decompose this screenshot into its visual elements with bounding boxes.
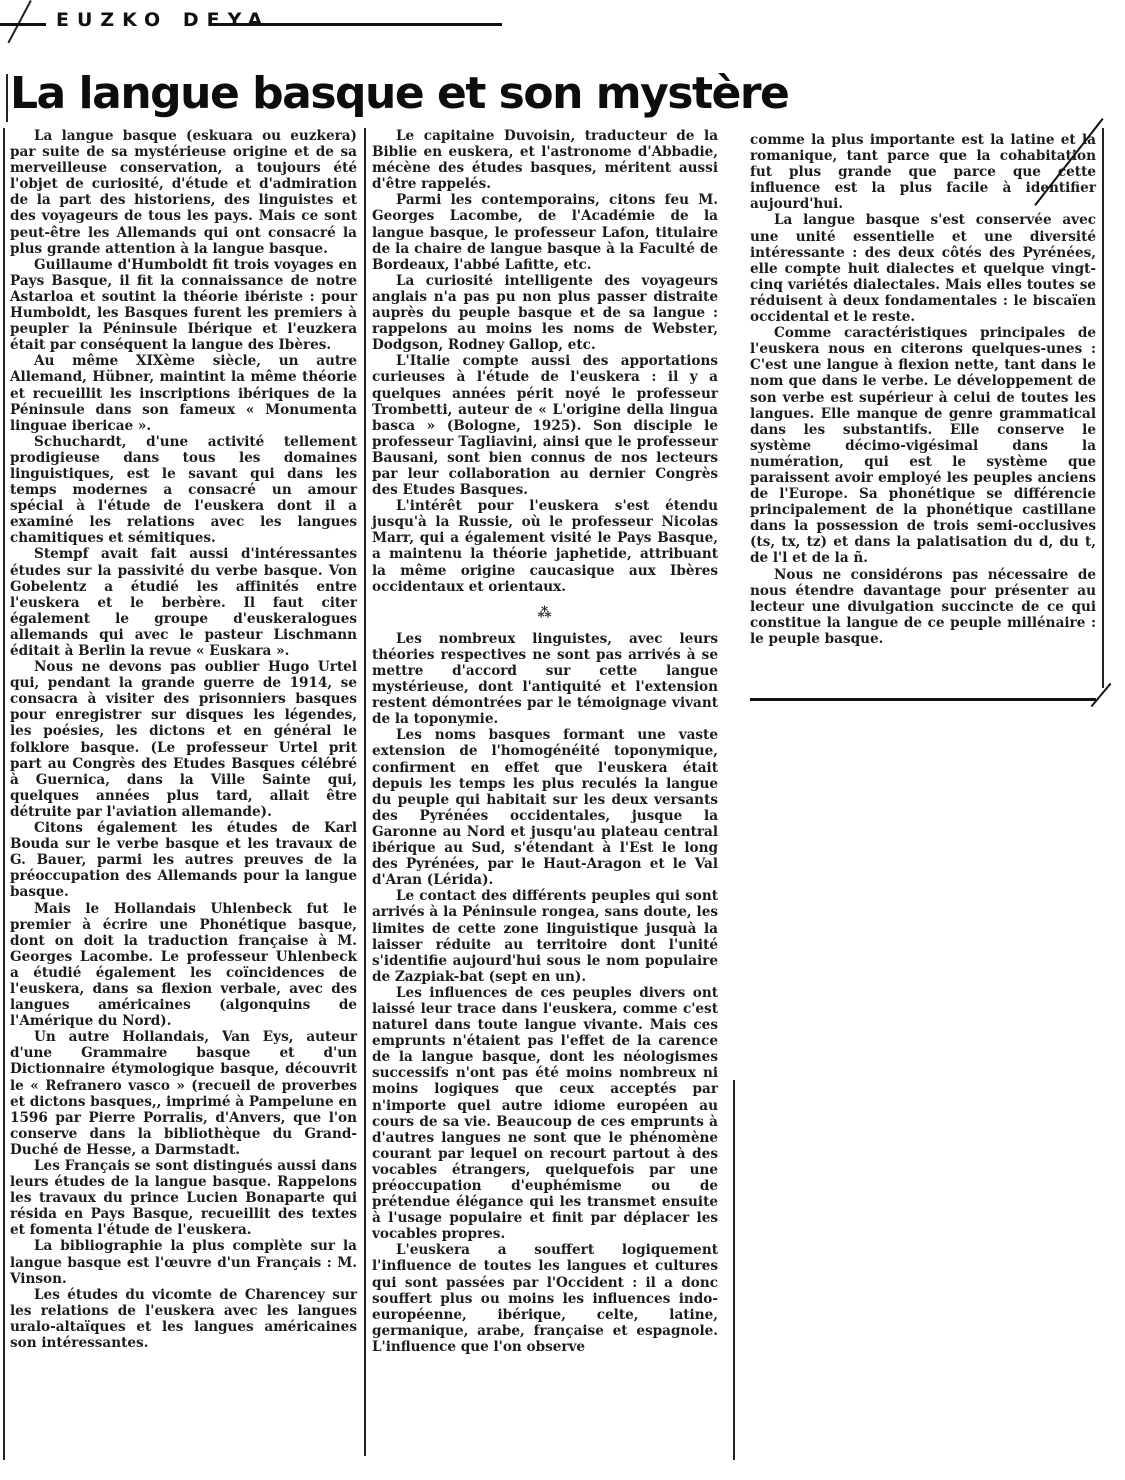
paragraph: Stempf avait fait aussi d'intéressantes … <box>10 546 357 659</box>
article-column-2: Le capitaine Duvoisin, traducteur de la … <box>372 128 718 1355</box>
headline-left-bar <box>6 74 8 122</box>
column-rule-1 <box>364 128 366 1456</box>
paragraph: Comme caractéristiques principales de l'… <box>750 325 1096 566</box>
paragraph: Les études du vicomte de Charencey sur l… <box>10 1287 357 1351</box>
continued-paragraph: comme la plus importante est la latine e… <box>750 132 1096 212</box>
paragraph: Les Français se sont distingués aussi da… <box>10 1158 357 1238</box>
corner-slash-mark <box>7 0 31 43</box>
publication-name: EUZKO DEYA <box>56 9 270 31</box>
masthead-rule-right <box>210 23 502 26</box>
paragraph: Au même XIXème siècle, un autre Allemand… <box>10 353 357 433</box>
paragraph: Les nombreux linguistes, avec leurs théo… <box>372 631 718 728</box>
paragraph: Guillaume d'Humboldt fit trois voyages e… <box>10 257 357 354</box>
paragraph: Schuchardt, d'une activité tellement pro… <box>10 434 357 547</box>
paragraph: La langue basque (eskuara ou euzkera) pa… <box>10 128 357 257</box>
article-column-1: La langue basque (eskuara ou euzkera) pa… <box>10 128 357 1351</box>
paragraph: L'Italie compte aussi des apportations c… <box>372 353 718 498</box>
column-rule-2 <box>733 1080 735 1460</box>
paragraph: Un autre Hollandais, Van Eys, auteur d'u… <box>10 1029 357 1158</box>
paragraph: Mais le Hollandais Uhlenbeck fut le prem… <box>10 901 357 1030</box>
paragraph: Parmi les contemporains, citons feu M. G… <box>372 192 718 272</box>
paragraph: La langue basque s'est conservée avec un… <box>750 212 1096 325</box>
paragraph: Le contact des différents peuples qui so… <box>372 888 718 985</box>
article-column-3: comme la plus importante est la latine e… <box>750 132 1096 647</box>
paragraph: Citons également les études de Karl Boud… <box>10 820 357 900</box>
end-slash-mark <box>1091 683 1112 707</box>
paragraph: L'euskera a souffert logiquement l'influ… <box>372 1242 718 1355</box>
section-separator-asterism: ⁂ <box>372 605 718 621</box>
paragraph: La curiosité intelligente des voyageurs … <box>372 273 718 353</box>
article-end-rule <box>750 698 1096 701</box>
masthead-rule-left <box>0 23 46 26</box>
paragraph: La bibliographie la plus complète sur la… <box>10 1238 357 1286</box>
column-rule-left <box>3 128 5 1460</box>
paragraph: L'intérêt pour l'euskera s'est étendu ju… <box>372 498 718 595</box>
paragraph: Nous ne considérons pas nécessaire de no… <box>750 567 1096 647</box>
article-title: La langue basque et son mystère <box>10 68 788 119</box>
column-rule-right <box>1102 128 1104 688</box>
paragraph: Les noms basques formant une vaste exten… <box>372 727 718 888</box>
masthead: EUZKO DEYA <box>0 0 1125 40</box>
paragraph: Nous ne devons pas oublier Hugo Urtel qu… <box>10 659 357 820</box>
paragraph: Les influences de ces peuples divers ont… <box>372 985 718 1243</box>
paragraph: Le capitaine Duvoisin, traducteur de la … <box>372 128 718 192</box>
